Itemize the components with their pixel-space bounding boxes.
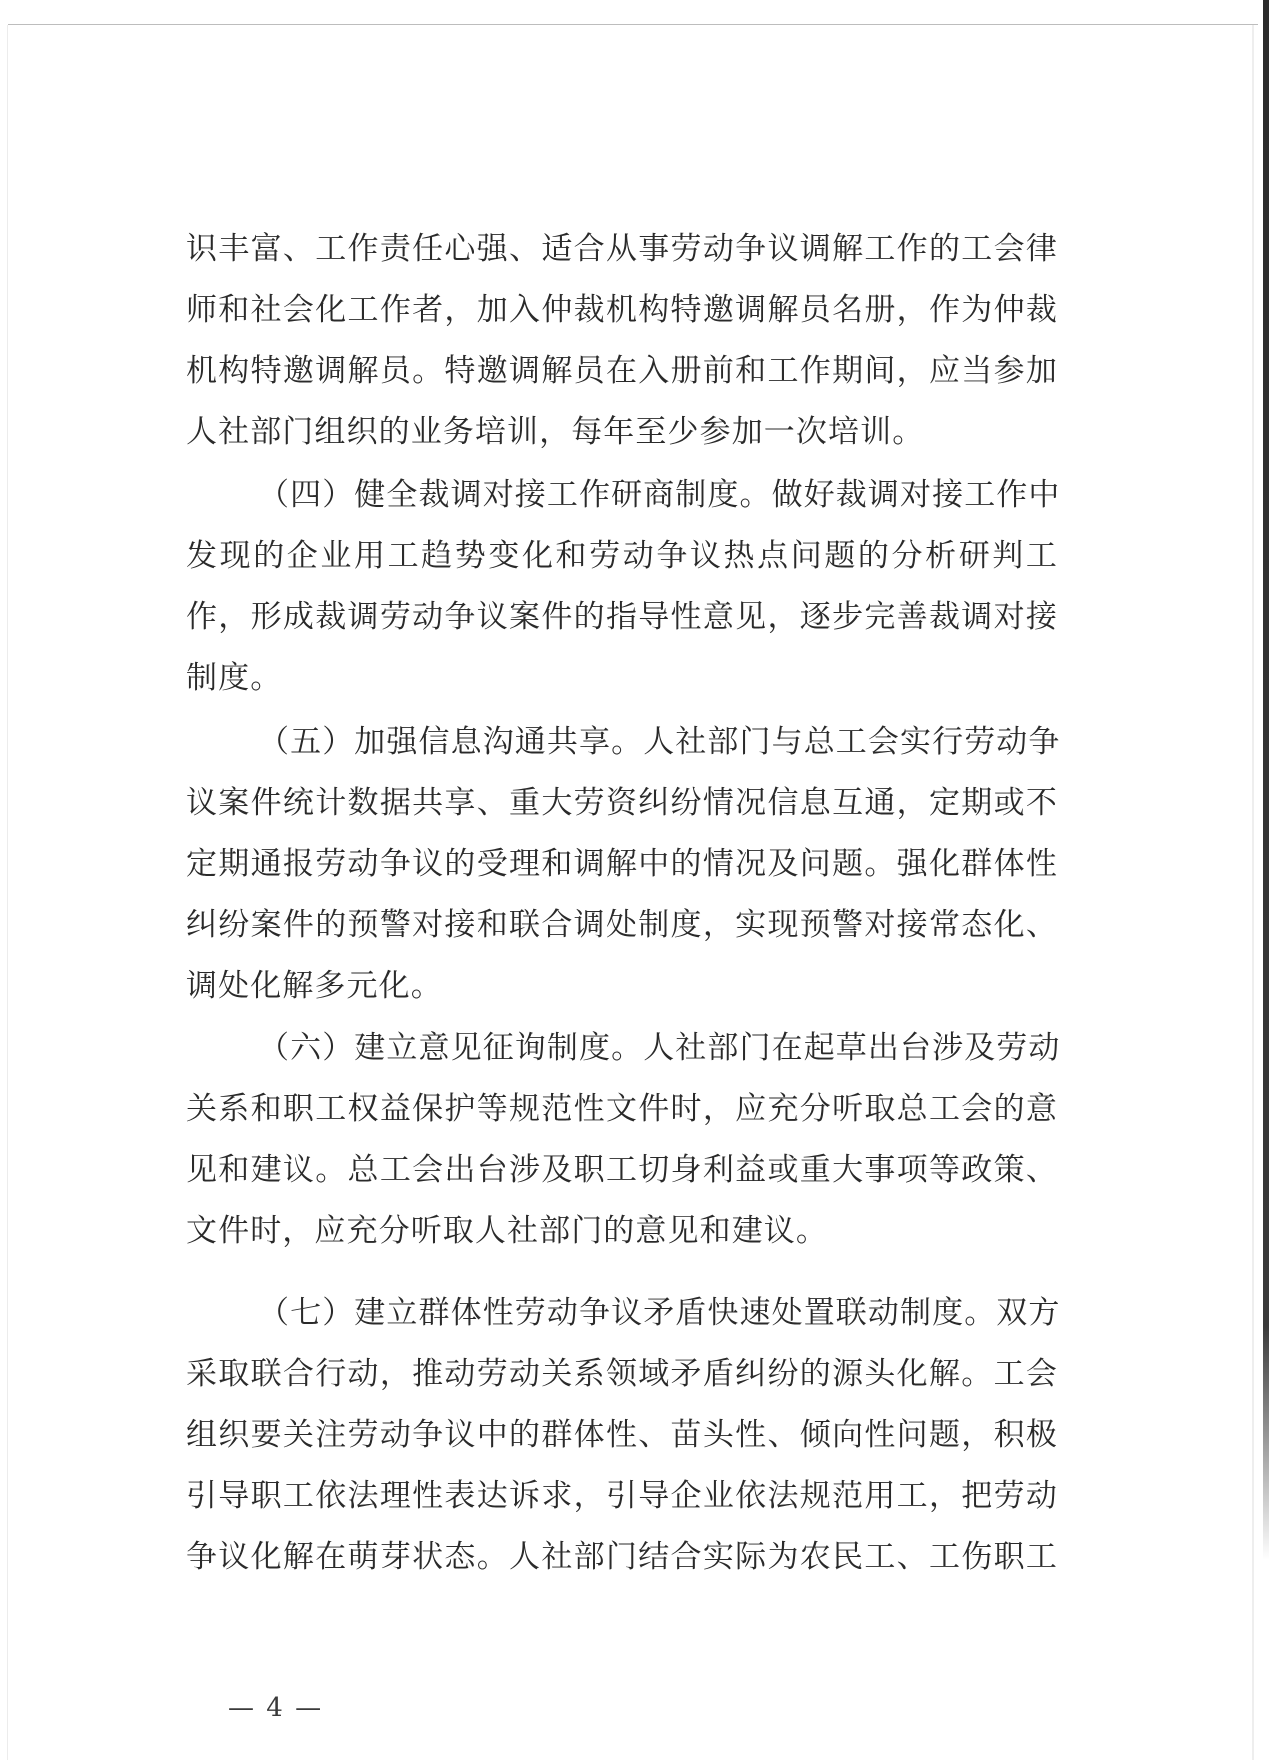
section-heading-line: （七）建立群体性劳动争议矛盾快速处置联动制度。双方: [258, 1293, 1058, 1333]
text-line: 文件时，应充分听取人社部门的意见和建议。: [186, 1211, 828, 1251]
text-line: 采取联合行动，推动劳动关系领域矛盾纠纷的源头化解。工会: [186, 1354, 1058, 1394]
text-line: 识丰富、工作责任心强、适合从事劳动争议调解工作的工会律: [186, 229, 1058, 269]
text-line: 发现的企业用工趋势变化和劳动争议热点问题的分析研判工: [186, 536, 1058, 576]
text-line: 制度。: [186, 658, 282, 698]
section-heading-line: （五）加强信息沟通共享。人社部门与总工会实行劳动争: [258, 722, 1058, 762]
text-line: 纠纷案件的预警对接和联合调处制度，实现预警对接常态化、: [186, 905, 1058, 945]
text-line: 作，形成裁调劳动争议案件的指导性意见，逐步完善裁调对接: [186, 597, 1058, 637]
text-line: 关系和职工权益保护等规范性文件时，应充分听取总工会的意: [186, 1089, 1058, 1129]
text-line: 机构特邀调解员。特邀调解员在入册前和工作期间，应当参加: [186, 351, 1058, 391]
document-page: 识丰富、工作责任心强、适合从事劳动争议调解工作的工会律 师和社会化工作者，加入仲…: [0, 0, 1269, 1760]
text-line: 争议化解在萌芽状态。人社部门结合实际为农民工、工伤职工: [186, 1537, 1058, 1577]
page-number: — 4 —: [228, 1693, 323, 1723]
text-line: 调处化解多元化。: [186, 966, 443, 1006]
text-line: 定期通报劳动争议的受理和调解中的情况及问题。强化群体性: [186, 844, 1058, 884]
text-line: 见和建议。总工会出台涉及职工切身利益或重大事项等政策、: [186, 1150, 1058, 1190]
section-heading-line: （六）建立意见征询制度。人社部门在起草出台涉及劳动: [258, 1028, 1058, 1068]
section-heading-line: （四）健全裁调对接工作研商制度。做好裁调对接工作中: [258, 475, 1058, 515]
text-line: 组织要关注劳动争议中的群体性、苗头性、倾向性问题，积极: [186, 1415, 1058, 1455]
text-line: 议案件统计数据共享、重大劳资纠纷情况信息互通，定期或不: [186, 783, 1058, 823]
text-line: 引导职工依法理性表达诉求，引导企业依法规范用工，把劳动: [186, 1476, 1058, 1516]
text-line: 人社部门组织的业务培训，每年至少参加一次培训。: [186, 412, 924, 452]
text-line: 师和社会化工作者，加入仲裁机构特邀调解员名册，作为仲裁: [186, 290, 1058, 330]
